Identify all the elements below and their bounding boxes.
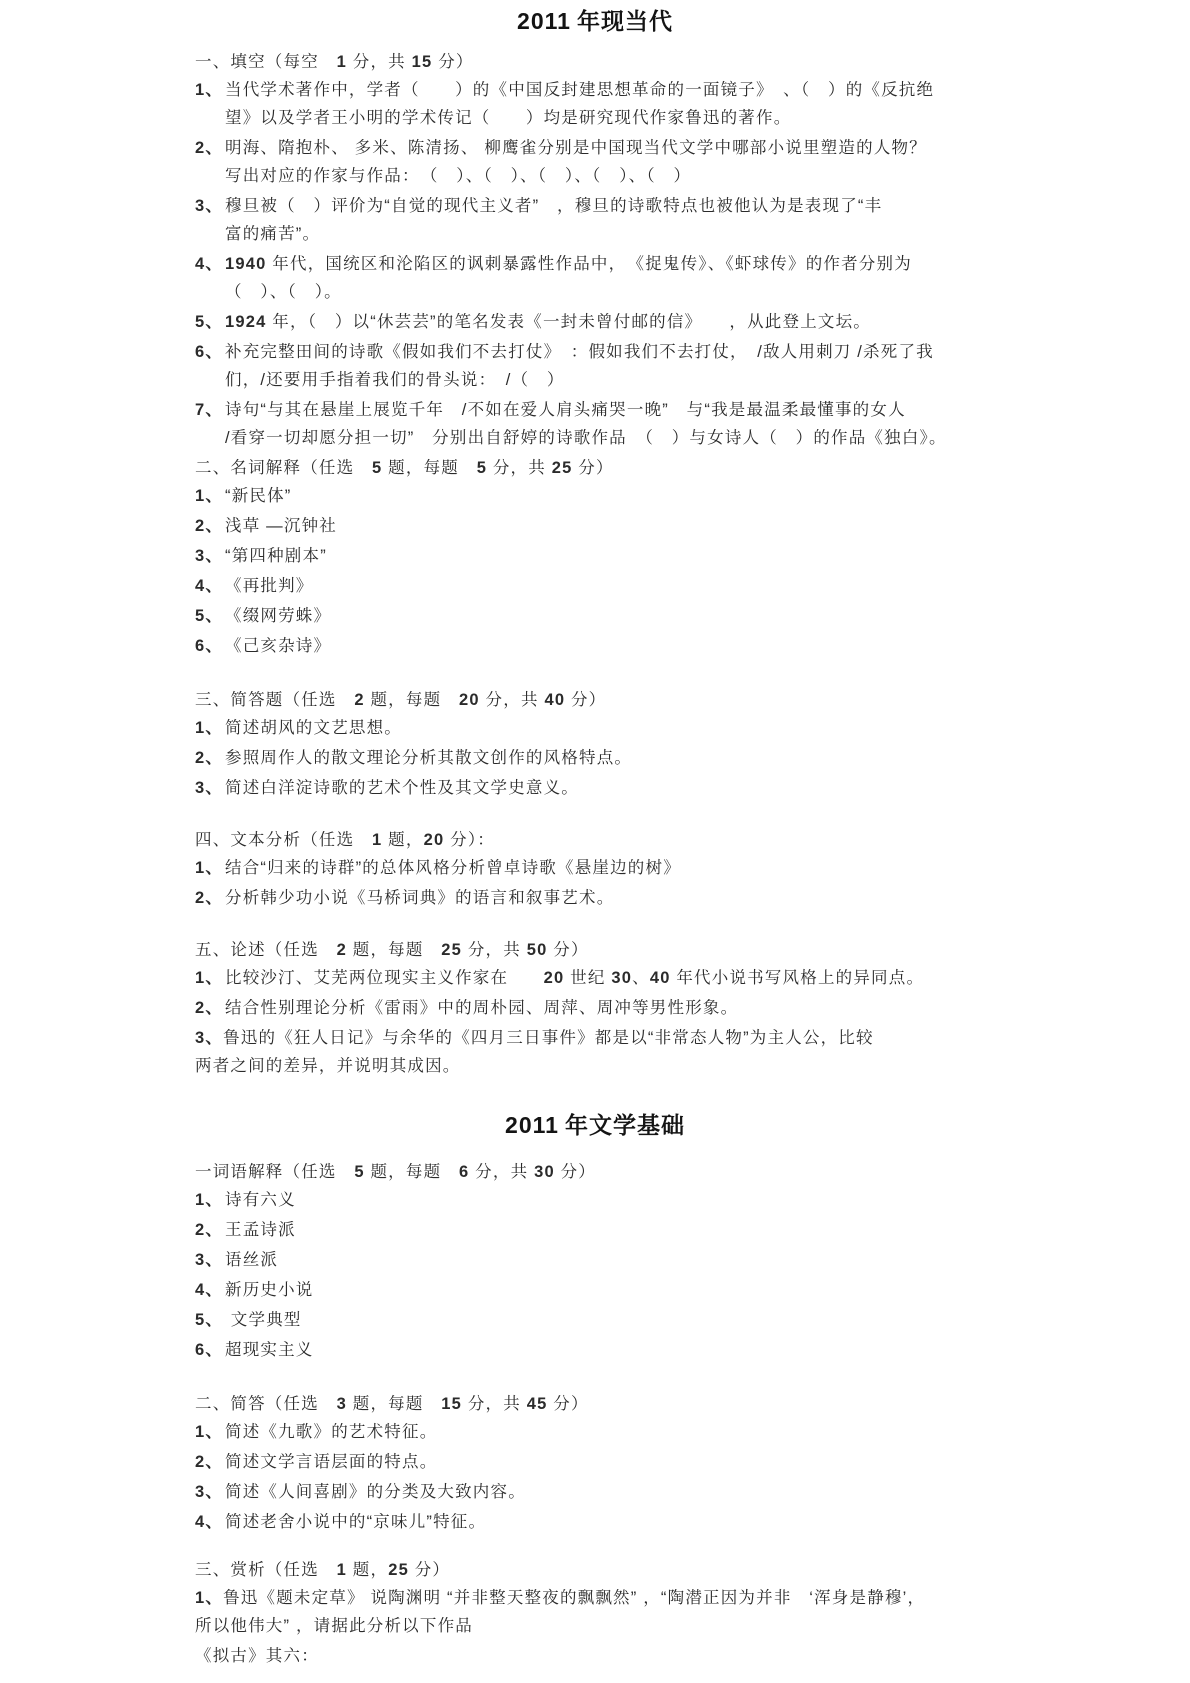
question-text: 语丝派	[225, 1246, 1080, 1274]
section-heading: 三、赏析（任选 1 题，25 分）	[195, 1556, 1080, 1584]
question-item: 2、王孟诗派	[195, 1216, 1080, 1244]
question-item: 《拟古》其六：	[195, 1642, 1080, 1670]
question-number: 5、	[195, 602, 225, 630]
question-item: 5、《缀网劳蛛》	[195, 602, 1080, 630]
question-text: 超现实主义	[225, 1336, 1080, 1364]
section-heading: 二、简答（任选 3 题，每题 15 分，共 45 分）	[195, 1390, 1080, 1418]
section-heading: 五、论述（任选 2 题，每题 25 分，共 50 分）	[195, 936, 1080, 964]
question-text: 结合性别理论分析《雷雨》中的周朴园、周萍、周冲等男性形象。	[225, 994, 1080, 1022]
question-number: 5、	[195, 1306, 225, 1334]
question-item: 4、1940 年代，国统区和沦陷区的讽刺暴露性作品中， 《捉鬼传》、《虾球传》的…	[195, 250, 1080, 306]
question-number: 3、	[195, 1246, 225, 1274]
question-item: 3、简述白洋淀诗歌的艺术个性及其文学史意义。	[195, 774, 1080, 802]
question-item: 1、鲁迅《题未定草》 说陶渊明 “并非整天整夜的飘飘然” ，“陶潜正因为并非 ‘…	[195, 1584, 1080, 1640]
question-item: 7、诗句“与其在悬崖上展览千年 /不如在爱人肩头痛哭一晚” 与“我是最温柔最懂事…	[195, 396, 1080, 452]
question-text: 简述《九歌》的艺术特征。	[225, 1418, 1080, 1446]
question-number: 2、	[195, 1216, 225, 1244]
question-item: 1、比较沙汀、艾芜两位现实主义作家在 20 世纪 30、40 年代小说书写风格上…	[195, 964, 1080, 992]
question-text: 简述文学言语层面的特点。	[225, 1448, 1080, 1476]
section-short-answer: 三、简答题（任选 2 题，每题 20 分，共 40 分） 1、简述胡风的文艺思想…	[195, 686, 1080, 802]
question-item: 5、1924 年，（ ）以“休芸芸”的笔名发表《一封未曾付邮的信》 ，从此登上文…	[195, 308, 1080, 336]
question-item: 1、“新民体”	[195, 482, 1080, 510]
question-text: 浅草 —沉钟社	[225, 512, 1080, 540]
question-number: 4、	[195, 1276, 225, 1304]
section-heading: 二、名词解释（任选 5 题，每题 5 分，共 25 分）	[195, 454, 1080, 482]
question-text: 新历史小说	[225, 1276, 1080, 1304]
exam-title: 2011年文学基础	[0, 1110, 1190, 1140]
question-item: 1、简述《九歌》的艺术特征。	[195, 1418, 1080, 1446]
question-item: 2、结合性别理论分析《雷雨》中的周朴园、周萍、周冲等男性形象。	[195, 994, 1080, 1022]
question-text: 简述《人间喜剧》的分类及大致内容。	[225, 1478, 1080, 1506]
question-number: 2、	[195, 512, 225, 540]
exam-title: 2011年现当代	[0, 6, 1190, 36]
question-text: 简述胡风的文艺思想。	[225, 714, 1080, 742]
question-text: 分析韩少功小说《马桥词典》的语言和叙事艺术。	[225, 884, 1080, 912]
question-text: 诗有六义	[225, 1186, 1080, 1214]
question-number: 4、	[195, 250, 225, 306]
question-item: 3、简述《人间喜剧》的分类及大致内容。	[195, 1478, 1080, 1506]
question-text: 鲁迅的《狂人日记》与余华的《四月三日事件》都是以“非常态人物”为主人公，比较 两…	[195, 1029, 874, 1075]
section-short-answer-2: 二、简答（任选 3 题，每题 15 分，共 45 分） 1、简述《九歌》的艺术特…	[195, 1390, 1080, 1536]
question-text: 明海、隋抱朴、 多米、陈清扬、 柳鹰雀分别是中国现当代文学中哪部小说里塑造的人物…	[225, 134, 1080, 190]
question-number: 3、	[195, 542, 225, 570]
question-item: 2、参照周作人的散文理论分析其散文创作的风格特点。	[195, 744, 1080, 772]
question-number: 1、	[195, 964, 225, 992]
question-number: 1、	[195, 854, 225, 882]
question-number: 5、	[195, 308, 225, 336]
question-number: 2、	[195, 134, 225, 190]
question-text: 简述老舍小说中的“京味儿”特征。	[225, 1508, 1080, 1536]
question-text: 1940 年代，国统区和沦陷区的讽刺暴露性作品中， 《捉鬼传》、《虾球传》的作者…	[225, 250, 1080, 306]
question-text: 简述白洋淀诗歌的艺术个性及其文学史意义。	[225, 774, 1080, 802]
question-number: 2、	[195, 994, 225, 1022]
section-word-explanation: 一词语解释（任选 5 题，每题 6 分，共 30 分） 1、诗有六义 2、王孟诗…	[195, 1158, 1080, 1364]
question-item: 4、简述老舍小说中的“京味儿”特征。	[195, 1508, 1080, 1536]
question-number: 1、	[195, 76, 225, 132]
question-number: 2、	[195, 884, 225, 912]
question-number: 4、	[195, 572, 225, 600]
question-text: 《再批判》	[225, 572, 1080, 600]
question-number: 3、	[195, 774, 225, 802]
question-item: 1、当代学术著作中，学者（ ）的《中国反封建思想革命的一面镜子》 、（ ）的《反…	[195, 76, 1080, 132]
question-item: 6、超现实主义	[195, 1336, 1080, 1364]
document-page: 2011年现当代 一、填空（每空 1 分，共 15 分） 1、当代学术著作中，学…	[0, 0, 1190, 1670]
question-number: 2、	[195, 1448, 225, 1476]
question-item: 6、补充完整田间的诗歌《假如我们不去打仗》 ：假如我们不去打仗， /敌人用刺刀 …	[195, 338, 1080, 394]
question-text: 参照周作人的散文理论分析其散文创作的风格特点。	[225, 744, 1080, 772]
exam-literature-basics: 2011年文学基础 一词语解释（任选 5 题，每题 6 分，共 30 分） 1、…	[195, 1110, 1080, 1670]
question-number: 1、	[195, 482, 225, 510]
section-heading: 四、文本分析（任选 1 题，20 分）：	[195, 826, 1080, 854]
section-term-explanation: 二、名词解释（任选 5 题，每题 5 分，共 25 分） 1、“新民体” 2、浅…	[195, 454, 1080, 660]
question-text: “第四种剧本”	[225, 542, 1080, 570]
question-item: 1、诗有六义	[195, 1186, 1080, 1214]
question-text: 王孟诗派	[225, 1216, 1080, 1244]
question-number: 1、	[195, 714, 225, 742]
exam-title-text: 年文学基础	[565, 1112, 685, 1138]
section-heading: 一、填空（每空 1 分，共 15 分）	[195, 48, 1080, 76]
question-number: 3、	[195, 192, 225, 248]
question-text: 《己亥杂诗》	[225, 632, 1080, 660]
exam-title-year: 2011	[517, 8, 571, 34]
question-text: 结合“归来的诗群”的总体风格分析曾卓诗歌《悬崖边的树》	[225, 854, 1080, 882]
question-text: 穆旦被（ ）评价为“自觉的现代主义者” ，穆旦的诗歌特点也被他认为是表现了“丰 …	[225, 192, 1080, 248]
question-item: 3、穆旦被（ ）评价为“自觉的现代主义者” ，穆旦的诗歌特点也被他认为是表现了“…	[195, 192, 1080, 248]
exam-modern-contemporary: 2011年现当代 一、填空（每空 1 分，共 15 分） 1、当代学术著作中，学…	[195, 6, 1080, 1080]
question-number: 1、	[195, 1589, 223, 1607]
question-item: 5、 文学典型	[195, 1306, 1080, 1334]
question-text: 鲁迅《题未定草》 说陶渊明 “并非整天整夜的飘飘然” ，“陶潜正因为并非 ‘浑身…	[195, 1589, 925, 1635]
section-heading: 三、简答题（任选 2 题，每题 20 分，共 40 分）	[195, 686, 1080, 714]
question-item: 3、鲁迅的《狂人日记》与余华的《四月三日事件》都是以“非常态人物”为主人公，比较…	[195, 1024, 1080, 1080]
question-text: 补充完整田间的诗歌《假如我们不去打仗》 ：假如我们不去打仗， /敌人用刺刀 /杀…	[225, 338, 1080, 394]
question-number: 2、	[195, 744, 225, 772]
question-number: 3、	[195, 1029, 223, 1047]
question-text: 《缀网劳蛛》	[225, 602, 1080, 630]
question-number: 3、	[195, 1478, 225, 1506]
exam-title-year: 2011	[505, 1112, 559, 1138]
section-heading: 一词语解释（任选 5 题，每题 6 分，共 30 分）	[195, 1158, 1080, 1186]
question-text: 当代学术著作中，学者（ ）的《中国反封建思想革命的一面镜子》 、（ ）的《反抗绝…	[225, 76, 1080, 132]
question-item: 4、《再批判》	[195, 572, 1080, 600]
question-text: “新民体”	[225, 482, 1080, 510]
question-item: 2、简述文学言语层面的特点。	[195, 1448, 1080, 1476]
question-item: 4、新历史小说	[195, 1276, 1080, 1304]
section-essay: 五、论述（任选 2 题，每题 25 分，共 50 分） 1、比较沙汀、艾芜两位现…	[195, 936, 1080, 1080]
question-number: 1、	[195, 1186, 225, 1214]
question-text: 诗句“与其在悬崖上展览千年 /不如在爱人肩头痛哭一晚” 与“我是最温柔最懂事的女…	[225, 396, 1080, 452]
question-number: 7、	[195, 396, 225, 452]
question-item: 1、结合“归来的诗群”的总体风格分析曾卓诗歌《悬崖边的树》	[195, 854, 1080, 882]
question-item: 6、《己亥杂诗》	[195, 632, 1080, 660]
section-text-analysis: 四、文本分析（任选 1 题，20 分）： 1、结合“归来的诗群”的总体风格分析曾…	[195, 826, 1080, 912]
question-text: 比较沙汀、艾芜两位现实主义作家在 20 世纪 30、40 年代小说书写风格上的异…	[225, 964, 1080, 992]
question-item: 2、分析韩少功小说《马桥词典》的语言和叙事艺术。	[195, 884, 1080, 912]
question-number: 6、	[195, 1336, 225, 1364]
question-number: 6、	[195, 338, 225, 394]
question-item: 3、“第四种剧本”	[195, 542, 1080, 570]
question-item: 1、简述胡风的文艺思想。	[195, 714, 1080, 742]
question-item: 3、语丝派	[195, 1246, 1080, 1274]
question-number: 1、	[195, 1418, 225, 1446]
exam-title-text: 年现当代	[577, 8, 673, 34]
question-item: 2、浅草 —沉钟社	[195, 512, 1080, 540]
question-number: 4、	[195, 1508, 225, 1536]
question-text: 1924 年，（ ）以“休芸芸”的笔名发表《一封未曾付邮的信》 ，从此登上文坛。	[225, 308, 1080, 336]
question-text: 文学典型	[225, 1306, 1080, 1334]
question-text: 《拟古》其六：	[195, 1647, 319, 1665]
question-number: 6、	[195, 632, 225, 660]
question-item: 2、明海、隋抱朴、 多米、陈清扬、 柳鹰雀分别是中国现当代文学中哪部小说里塑造的…	[195, 134, 1080, 190]
section-fill-in-blanks: 一、填空（每空 1 分，共 15 分） 1、当代学术著作中，学者（ ）的《中国反…	[195, 48, 1080, 452]
section-appreciation: 三、赏析（任选 1 题，25 分） 1、鲁迅《题未定草》 说陶渊明 “并非整天整…	[195, 1556, 1080, 1670]
